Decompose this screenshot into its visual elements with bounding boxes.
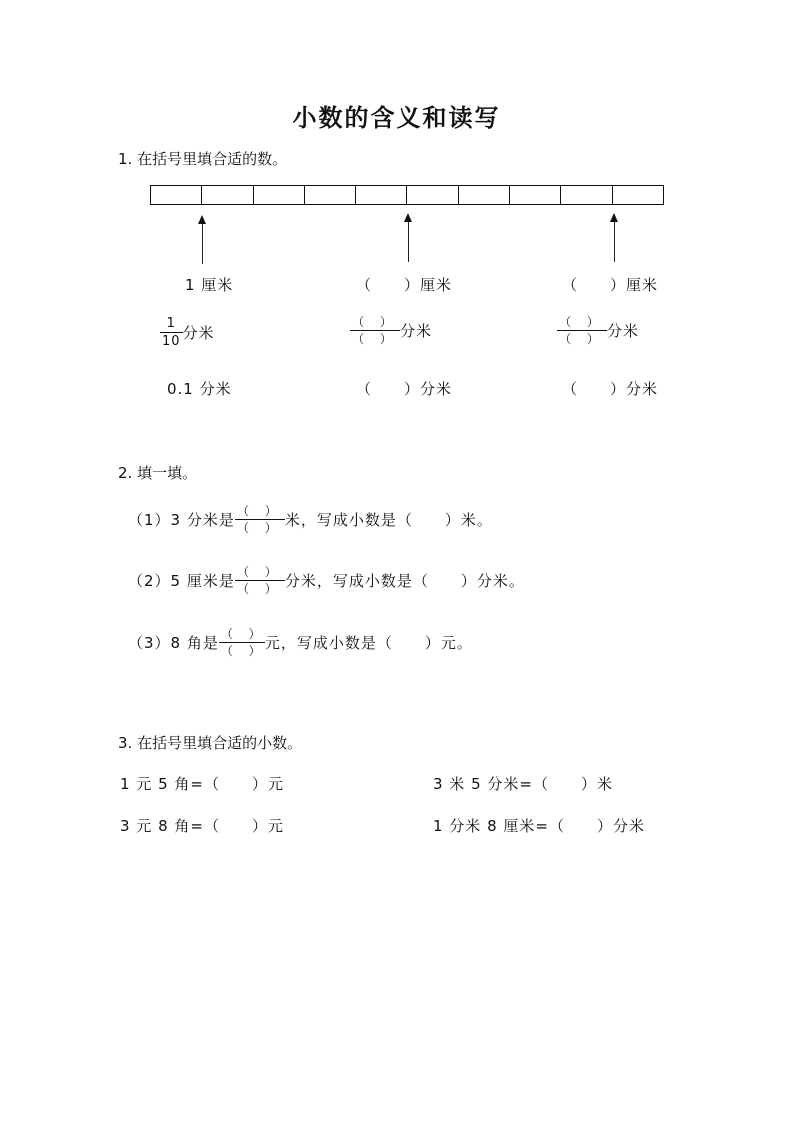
section2-heading: 2. 填一填。 [118,462,197,483]
ruler-cell [510,186,561,204]
ruler-cell [407,186,458,204]
ruler-cell [305,186,356,204]
section1-heading: 1. 在括号里填合适的数。 [118,148,287,169]
fraction-blank[interactable]: （ ）（ ） [235,566,285,595]
decimal-blank[interactable]: （ ）分米 [356,378,452,399]
cm-blank[interactable]: （ ）厘米 [562,274,658,295]
fraction-row-2[interactable]: （ ） （ ） 分米 [350,316,432,345]
fraction: 1 10 [160,317,183,348]
arrow-up-icon [610,213,618,262]
cm-label: 1 厘米 [185,274,233,295]
arrow-up-icon [404,213,412,262]
ruler [150,185,664,205]
conversion-item[interactable]: 1 分米 8 厘米=（ ）分米 [433,815,645,836]
section3-heading: 3. 在括号里填合适的小数。 [118,732,302,753]
conversion-item[interactable]: 1 元 5 角=（ ）元 [120,773,284,794]
ruler-cell [613,186,663,204]
conversion-item[interactable]: 3 元 8 角=（ ）元 [120,815,284,836]
ruler-cell [151,186,202,204]
cm-blank[interactable]: （ ）厘米 [356,274,452,295]
ruler-cell [254,186,305,204]
ruler-cell [459,186,510,204]
fraction-blank[interactable]: （ ） （ ） [557,316,607,345]
conversion-item[interactable]: 3 米 5 分米=（ ）米 [433,773,613,794]
arrow-up-icon [198,215,206,264]
fill-item-2[interactable]: （2）5 厘米是 （ ）（ ） 分米，写成小数是（ ）分米。 [128,566,525,595]
ruler-cell [561,186,612,204]
fraction-row-3[interactable]: （ ） （ ） 分米 [557,316,639,345]
fraction-blank[interactable]: （ ）（ ） [219,628,265,657]
decimal-blank[interactable]: （ ）分米 [562,378,658,399]
fraction-row-1: 1 10 分米 [160,317,215,348]
ruler-cell [356,186,407,204]
page-title: 小数的含义和读写 [0,98,793,133]
fraction-blank[interactable]: （ ） （ ） [350,316,400,345]
ruler-cell [202,186,253,204]
fill-item-3[interactable]: （3）8 角是 （ ）（ ） 元，写成小数是（ ）元。 [128,628,473,657]
fill-item-1[interactable]: （1）3 分米是 （ ）（ ） 米，写成小数是（ ）米。 [128,505,493,534]
fraction-blank[interactable]: （ ）（ ） [235,505,285,534]
decimal-label: 0.1 分米 [167,378,232,399]
